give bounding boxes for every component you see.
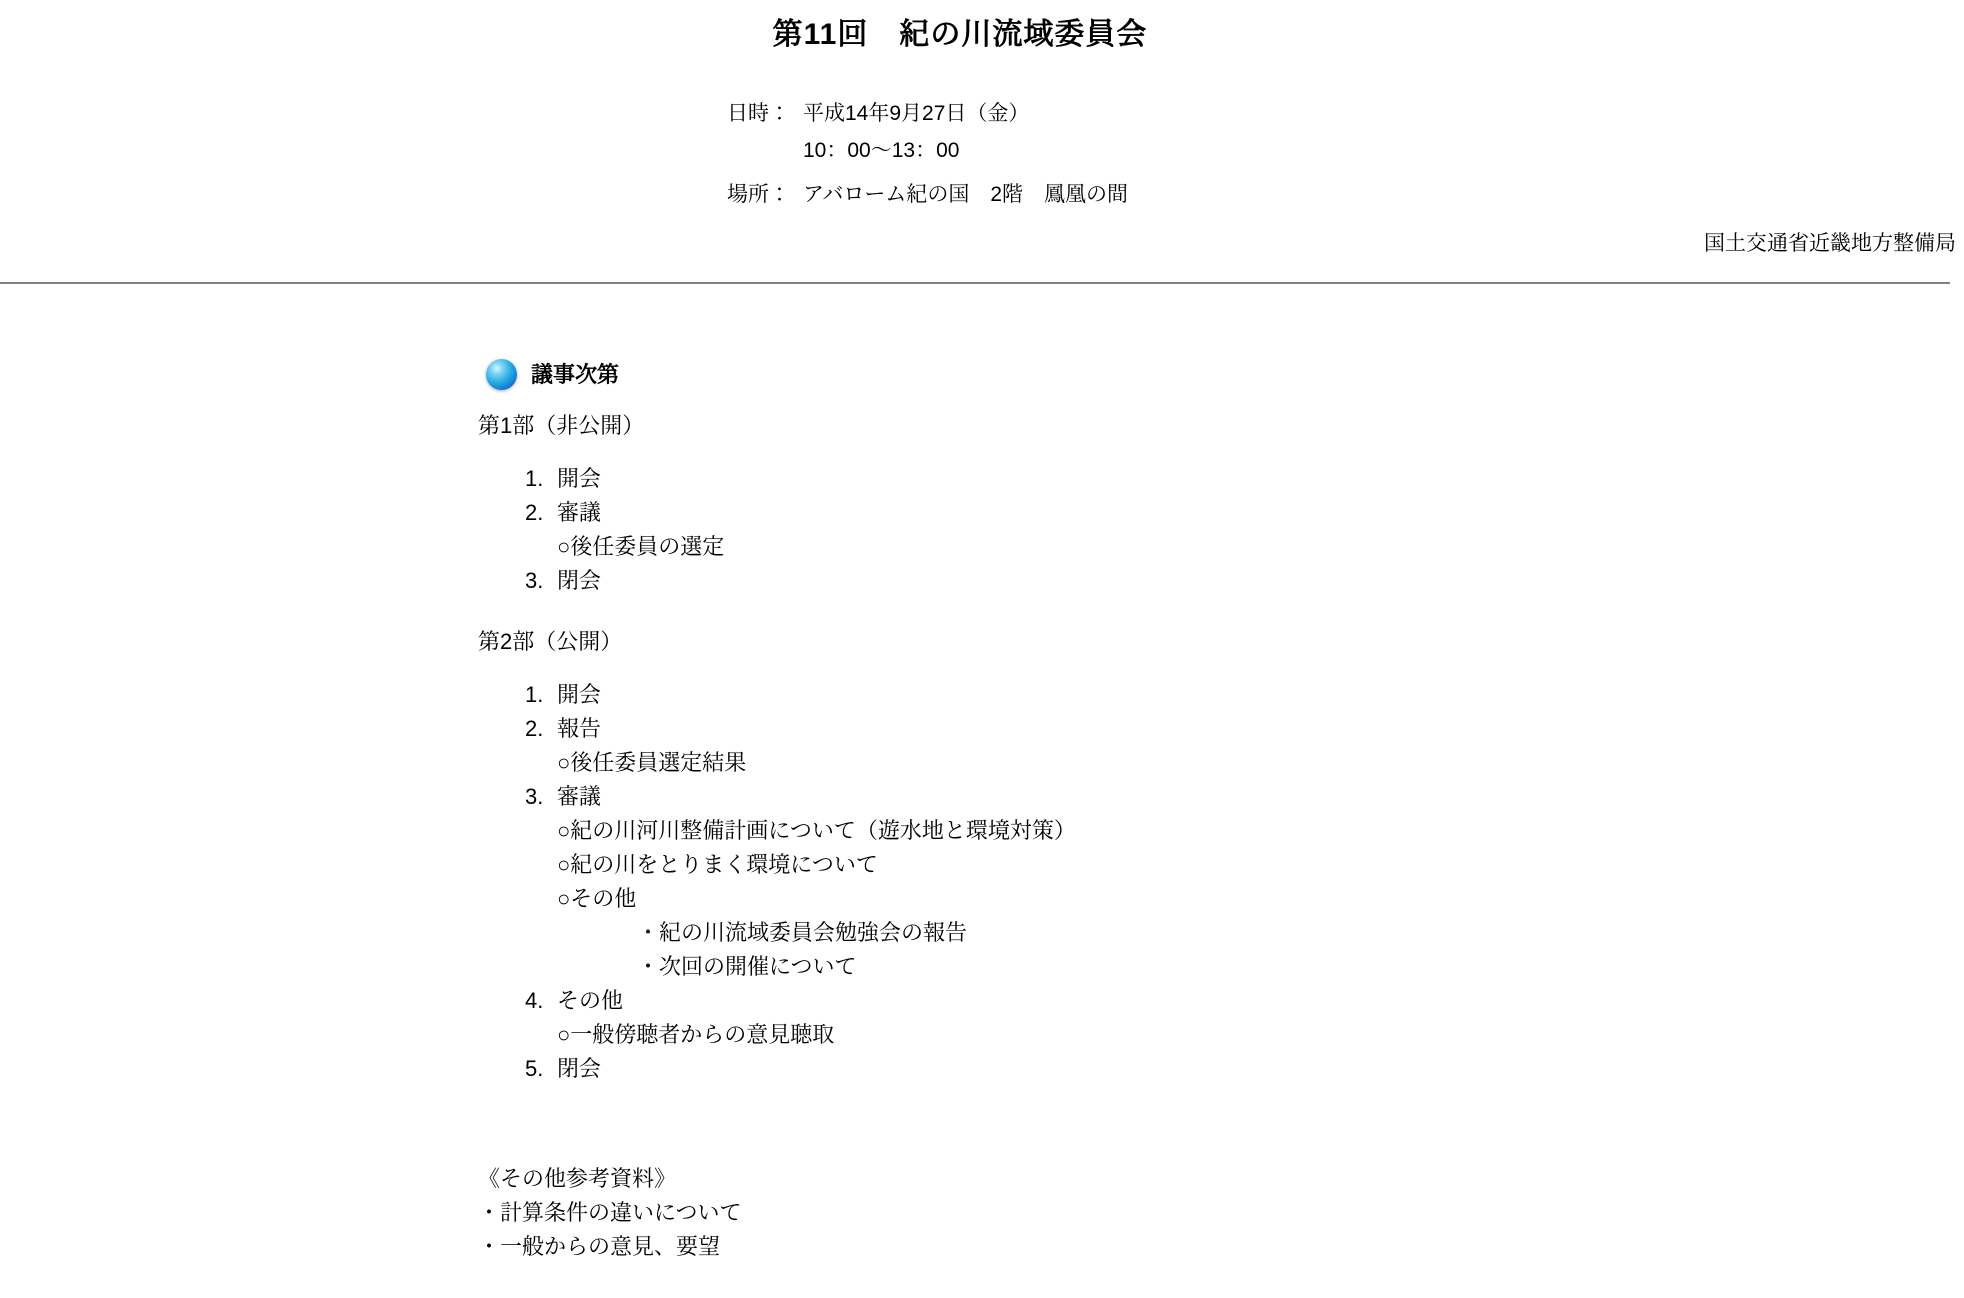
place-line: 場所：アバローム紀の国 2階 鳳凰の間 (727, 181, 1964, 209)
agenda-section-part1: 第1部（非公開） 1.開会 2.審議 ○後任委員の選定 3.閉会 (478, 412, 1964, 598)
item-text: 閉会 (557, 1056, 601, 1081)
item-text: ○その他 (557, 886, 636, 911)
item-text: 審議 (557, 500, 601, 525)
item-text: ○後任委員選定結果 (557, 750, 746, 775)
item-text: ・次回の開催について (637, 954, 857, 979)
agenda-item: 2.審議 (525, 496, 1964, 530)
agenda-subitem: ○後任委員選定結果 (525, 746, 1964, 780)
item-text: 審議 (557, 784, 601, 809)
agenda-subitem: ○紀の川をとりまく環境について (525, 848, 1964, 882)
date-label: 日時： (727, 100, 803, 128)
place-value: アバローム紀の国 2階 鳳凰の間 (803, 183, 1128, 206)
agenda-item: 1.開会 (525, 678, 1964, 712)
agenda-heading-label: 議事次第 (531, 359, 619, 390)
agenda-content: 議事次第 第1部（非公開） 1.開会 2.審議 ○後任委員の選定 3.閉会 第2… (478, 284, 1964, 1264)
agenda-item: 3.審議 (525, 780, 1964, 814)
agenda-item-list: 1.開会 2.審議 ○後任委員の選定 3.閉会 (525, 462, 1964, 598)
agenda-subitem: ○後任委員の選定 (525, 530, 1964, 564)
organization-name: 国土交通省近畿地方整備局 (0, 230, 1964, 258)
date-value: 平成14年9月27日（金） (803, 102, 1029, 125)
agenda-item: 5.閉会 (525, 1052, 1964, 1086)
item-marker: 1. (525, 678, 557, 712)
blue-sphere-bullet-icon (486, 359, 517, 390)
item-marker: 3. (525, 780, 557, 814)
item-text: ○紀の川をとりまく環境について (557, 852, 878, 877)
agenda-subitem: ○その他 (525, 882, 1964, 916)
references-heading: 《その他参考資料》 (478, 1162, 1964, 1196)
item-marker: 2. (525, 496, 557, 530)
item-text: 報告 (557, 716, 601, 741)
agenda-item-list: 1.開会 2.報告 ○後任委員選定結果 3.審議 ○紀の川河川整備計画について（… (525, 678, 1964, 1086)
item-text: ○一般傍聴者からの意見聴取 (557, 1022, 834, 1047)
item-marker: 3. (525, 564, 557, 598)
item-text: 開会 (557, 682, 601, 707)
item-marker: 1. (525, 462, 557, 496)
item-text: 閉会 (557, 568, 601, 593)
agenda-item: 4.その他 (525, 984, 1964, 1018)
item-text: その他 (557, 988, 623, 1013)
section-title: 第2部（公開） (478, 628, 1964, 656)
item-text: ○後任委員の選定 (557, 534, 724, 559)
agenda-subsubitem: ・次回の開催について (525, 950, 1964, 984)
time-value: 10：00〜13：00 (803, 139, 959, 162)
section-title: 第1部（非公開） (478, 412, 1964, 440)
document-page: 第11回 紀の川流域委員会 日時：平成14年9月27日（金） 10：00〜13：… (0, 0, 1964, 1298)
time-line: 10：00〜13：00 (727, 137, 1964, 165)
agenda-item: 1.開会 (525, 462, 1964, 496)
agenda-subsubitem: ・紀の川流域委員会勉強会の報告 (525, 916, 1964, 950)
item-text: ・紀の川流域委員会勉強会の報告 (637, 920, 967, 945)
item-text: ○紀の川河川整備計画について（遊水地と環境対策） (557, 818, 1076, 843)
reference-item: ・計算条件の違いについて (478, 1196, 1964, 1230)
place-label: 場所： (727, 181, 803, 209)
item-text: 開会 (557, 466, 601, 491)
references-block: 《その他参考資料》 ・計算条件の違いについて ・一般からの意見、要望 (478, 1162, 1964, 1264)
agenda-heading: 議事次第 (486, 284, 1964, 390)
date-line: 日時：平成14年9月27日（金） (727, 100, 1964, 128)
meeting-meta: 日時：平成14年9月27日（金） 10：00〜13：00 場所：アバローム紀の国… (727, 100, 1964, 209)
agenda-item: 3.閉会 (525, 564, 1964, 598)
reference-item: ・一般からの意見、要望 (478, 1230, 1964, 1264)
agenda-subitem: ○一般傍聴者からの意見聴取 (525, 1018, 1964, 1052)
page-title: 第11回 紀の川流域委員会 (0, 0, 1964, 53)
agenda-item: 2.報告 (525, 712, 1964, 746)
agenda-section-part2: 第2部（公開） 1.開会 2.報告 ○後任委員選定結果 3.審議 ○紀の川河川整… (478, 628, 1964, 1086)
item-marker: 4. (525, 984, 557, 1018)
item-marker: 2. (525, 712, 557, 746)
agenda-subitem: ○紀の川河川整備計画について（遊水地と環境対策） (525, 814, 1964, 848)
item-marker: 5. (525, 1052, 557, 1086)
